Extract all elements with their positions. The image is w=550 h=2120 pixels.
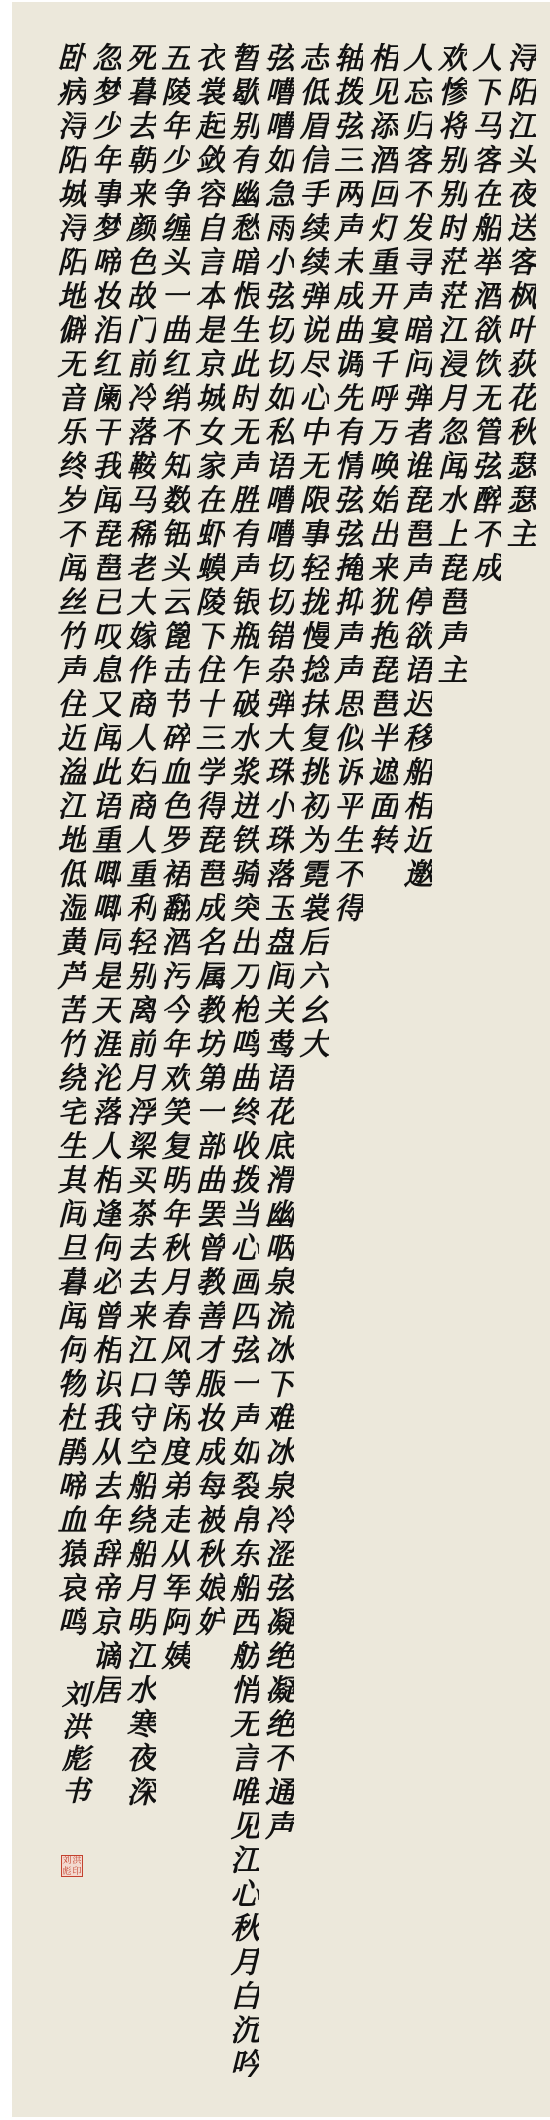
text-column-10: 衣裳起敛容自言本是京城女家在虾蟆陵下住十三学得琵琶成名属教坊第一部曲罢曾教善才服… [190, 42, 225, 2077]
text-column-11: 五陵年少争缠头一曲红绡不知数钿头云篦击节碎血色罗裙翻酒污今年欢笑复明年秋月春风等… [156, 42, 191, 2077]
seal-char-2: 洪 [72, 1856, 82, 1867]
calligraphy-text-columns: 浔阳江头夜送客枫叶荻花秋瑟瑟主 人下马客在船举酒欲饮无管弦醉不成 欢惨将别别时茫… [52, 42, 536, 2077]
text-column-7: 志低眉信手续续弹说尽心中无限事轻拢慢捻抹复挑初为霓裳后六幺大 [294, 42, 329, 2077]
text-column-8: 弦嘈嘈如急雨小弦切切如私语嘈嘈切切错杂弹大珠小珠落玉盘间关莺语花底滑幽咽泉流冰下… [259, 42, 294, 2077]
text-column-4: 人忘归客不发寻声暗问弹者谁琵琶声停欲语迟移船相近邀 [398, 42, 433, 2077]
text-column-12: 死暮去朝来颜色故门前冷落鞍马稀老大嫁作商人妇商人重利轻别离前月浮梁买茶去去来江口… [121, 42, 156, 2077]
seal-char-3: 彪 [62, 1867, 72, 1877]
text-column-5: 相见添酒回灯重开宴千呼万唤始出来犹抱琵琶半遮面转 [363, 42, 398, 2077]
text-column-1: 浔阳江头夜送客枫叶荻花秋瑟瑟主 [501, 42, 536, 2077]
red-seal-stamp: 刘 洪 彪 印 [61, 1855, 83, 1877]
text-column-6: 轴拨弦三两声未成曲调先有情弦弦掩抑声声思似诉平生不得 [329, 42, 364, 2077]
scroll-paper: 浔阳江头夜送客枫叶荻花秋瑟瑟主 人下马客在船举酒欲饮无管弦醉不成 欢惨将别别时茫… [12, 2, 550, 2117]
text-column-3: 欢惨将别别时茫茫江浸月忽闻水上琵琶声主 [432, 42, 467, 2077]
seal-char-1: 刘 [62, 1856, 72, 1867]
seal-char-4: 印 [72, 1867, 82, 1877]
artist-signature: 刘洪彪书 [56, 1680, 92, 1808]
text-column-2: 人下马客在船举酒欲饮无管弦醉不成 [467, 42, 502, 2077]
text-column-9: 暂歇别有幽愁暗恨生此时无声胜有声银瓶乍破水浆迸铁骑突出刀枪鸣曲终收拨当心画四弦一… [225, 42, 260, 2077]
